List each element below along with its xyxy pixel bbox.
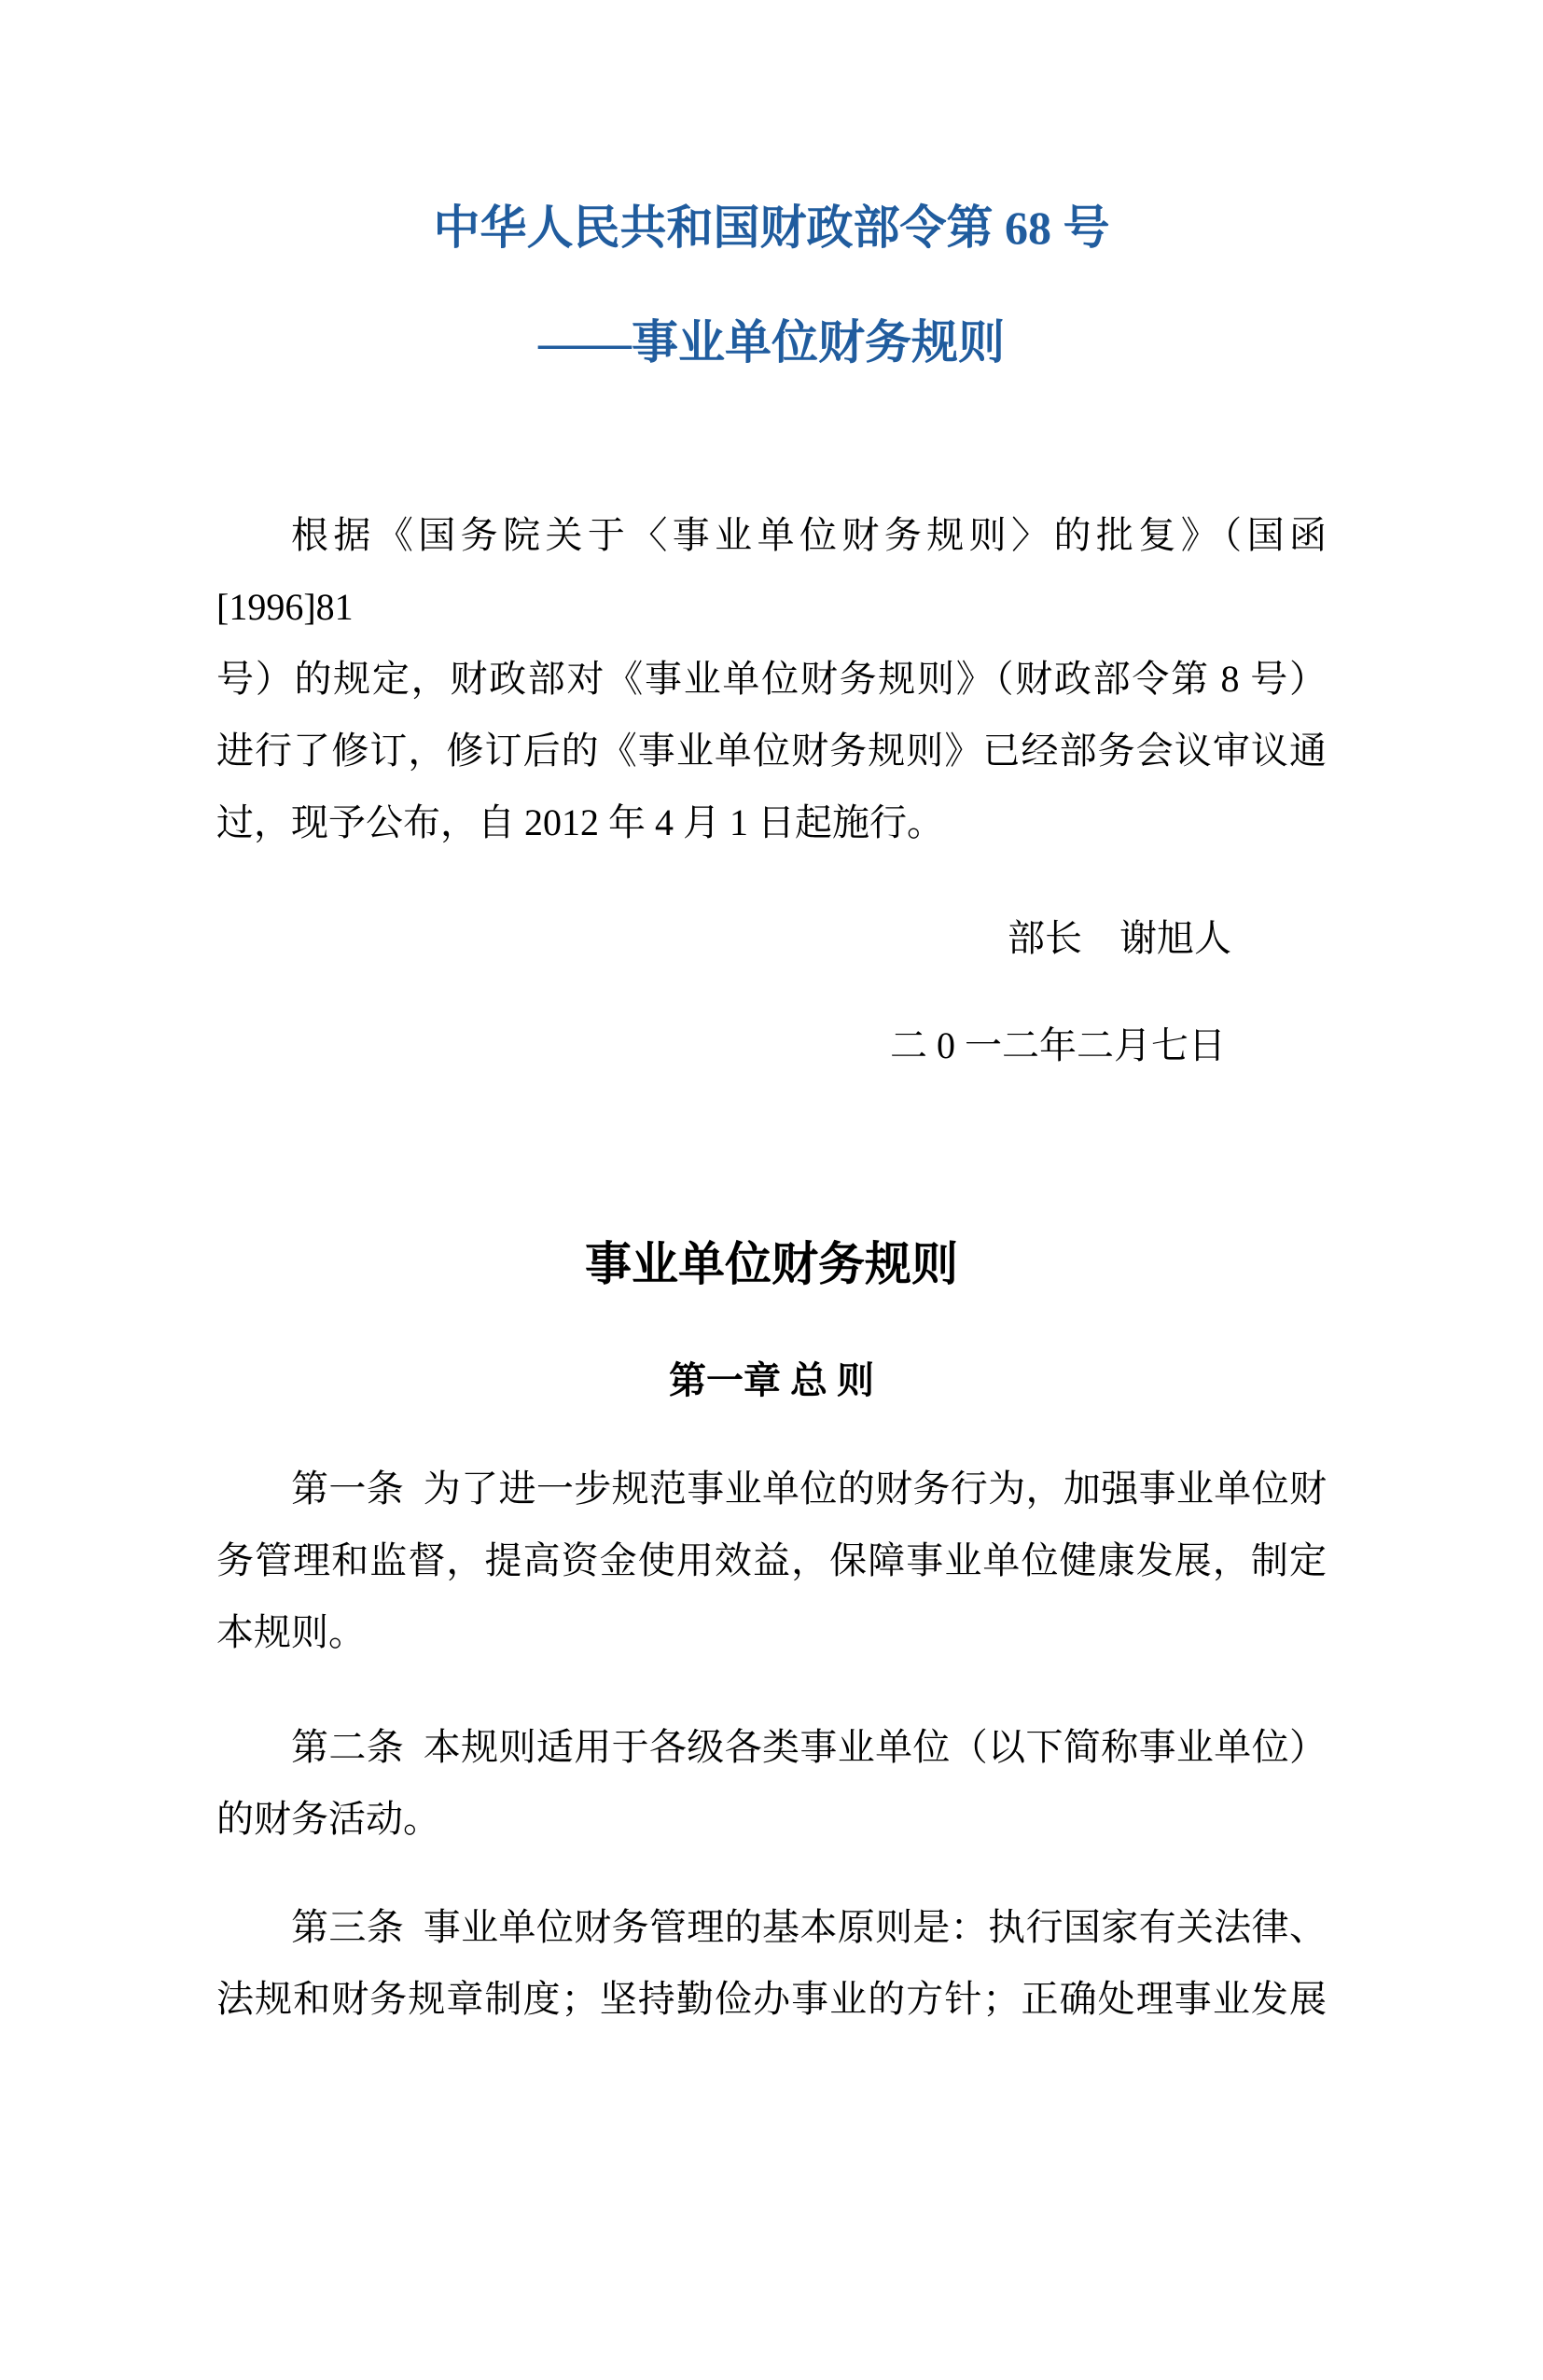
article-1-paragraph: 第一条 为了进一步规范事业单位的财务行为，加强事业单位财务管理和监督，提高资金使…: [216, 1453, 1327, 1668]
preamble-paragraph: 根据《国务院关于〈事业单位财务规则〉的批复》（国函[1996]81号）的规定，财…: [216, 499, 1327, 858]
minister-signature: 部长 谢旭人: [216, 902, 1327, 974]
text-line: 第三条 事业单位财务管理的基本原则是：执行国家有关法律、: [216, 1891, 1327, 1963]
document-page: 中华人民共和国财政部令第 68 号 ——事业单位财务规则 根据《国务院关于〈事业…: [0, 198, 1543, 2380]
text-line: 进行了修订，修订后的《事业单位财务规则》已经部务会议审议通: [216, 715, 1327, 786]
order-title-line1: 中华人民共和国财政部令第 68 号: [216, 198, 1327, 258]
text-line: 的财务活动。: [216, 1783, 1327, 1855]
text-line: 过，现予公布，自 2012 年 4 月 1 日起施行。: [216, 786, 1327, 858]
order-title-line2: ——事业单位财务规则: [216, 313, 1327, 373]
text-line: 第二条 本规则适用于各级各类事业单位（以下简称事业单位）: [216, 1711, 1327, 1783]
article-2-paragraph: 第二条 本规则适用于各级各类事业单位（以下简称事业单位）的财务活动。: [216, 1711, 1327, 1855]
text-line: 号）的规定，财政部对《事业单位财务规则》（财政部令第 8 号）: [216, 643, 1327, 715]
chapter-heading: 第一章 总 则: [216, 1355, 1327, 1407]
regulation-title: 事业单位财务规则: [216, 1232, 1327, 1297]
text-line: 根据《国务院关于〈事业单位财务规则〉的批复》（国函[1996]81: [216, 499, 1327, 643]
text-line: 务管理和监督，提高资金使用效益，保障事业单位健康发展，制定: [216, 1524, 1327, 1596]
text-line: 法规和财务规章制度；坚持勤俭办事业的方针；正确处理事业发展: [216, 1963, 1327, 2035]
text-line: 第一条 为了进一步规范事业单位的财务行为，加强事业单位财: [216, 1453, 1327, 1524]
article-3-paragraph: 第三条 事业单位财务管理的基本原则是：执行国家有关法律、法规和财务规章制度；坚持…: [216, 1891, 1327, 2035]
text-line: 本规则。: [216, 1596, 1327, 1668]
promulgation-date: 二 0 一二年二月七日: [216, 1009, 1327, 1081]
